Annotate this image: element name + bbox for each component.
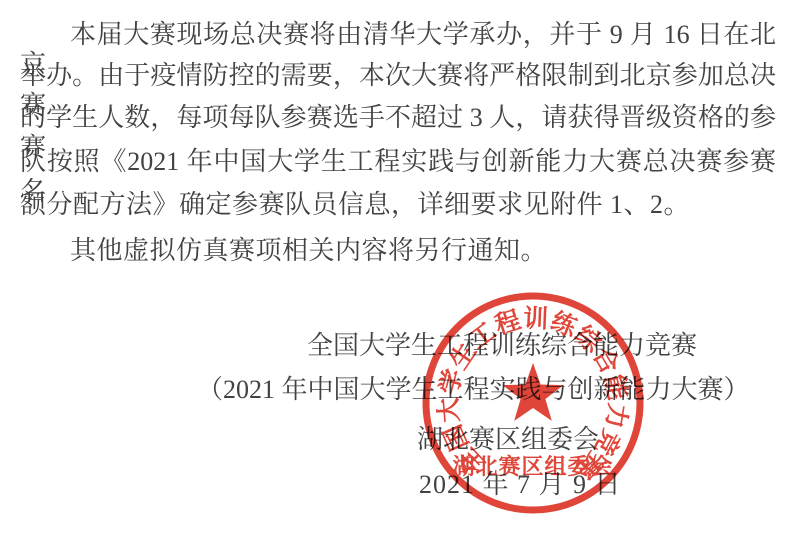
signature-organization: 全国大学生工程训练综合能力竞赛 <box>307 331 697 361</box>
signature-competition-name: （2021 年中国大学生工程实践与创新能力大赛） <box>197 375 750 405</box>
body-text-line: 其他虚拟仿真赛项相关内容将另行通知。 <box>70 236 770 266</box>
signature-date: 2021 年 7 月 9 日 <box>419 470 622 500</box>
body-text-line: 额分配方法》确定参赛队员信息，详细要求见附件 1、2。 <box>20 190 776 220</box>
document-page: 本届大赛现场总决赛将由清华大学承办，并于 9 月 16 日在北京 举办。由于疫情… <box>0 0 792 534</box>
signature-committee: 湖北赛区组委会 <box>417 425 599 455</box>
